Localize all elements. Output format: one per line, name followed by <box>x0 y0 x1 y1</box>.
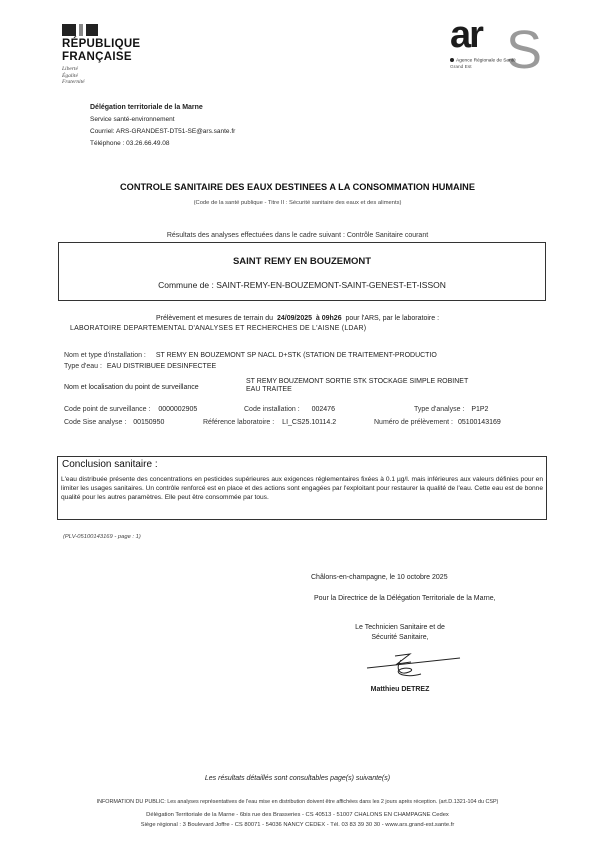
ars-logo-s: S <box>506 19 542 81</box>
ars-subtitle: Agence Régionale de Santé <box>450 58 516 63</box>
motto-fraternite: Fraternité <box>62 79 85 86</box>
code-sise-field: Code Sise analyse : 00150950 <box>64 419 164 426</box>
water-type-label: Type d'eau : <box>64 363 102 370</box>
code-installation-label: Code installation : <box>244 406 300 413</box>
sender-block: Délégation territoriale de la Marne Serv… <box>90 102 235 150</box>
sender-email: Courriel: ARS-GRANDEST-DT51-SE@ars.sante… <box>90 126 235 138</box>
document-subtitle: (Code de la santé publique - Titre II : … <box>0 200 595 206</box>
sample-number-value: 05100143169 <box>458 419 501 426</box>
ars-dot-icon <box>450 58 454 62</box>
sampling-suffix: pour l'ARS, par le laboratoire : <box>345 315 439 322</box>
headquarters-address: Siège régional : 3 Boulevard Joffre - CS… <box>0 822 595 828</box>
code-installation-field: Code installation : 002476 <box>244 406 335 413</box>
lab-reference-value: LI_CS25.10114.2 <box>282 419 336 426</box>
ars-logo: ar S Agence Régionale de Santé Grand Est <box>448 20 548 80</box>
surveillance-point-value: ST REMY BOUZEMONT SORTIE STK STOCKAGE SI… <box>246 378 468 394</box>
page-reference: (PLV-05100143169 - page : 1) <box>63 534 141 540</box>
conclusion-title: Conclusion sanitaire : <box>62 459 158 470</box>
station-name: SAINT REMY EN BOUZEMONT <box>59 256 545 267</box>
lab-reference-field: Référence laboratoire : LI_CS25.10114.2 <box>203 419 336 426</box>
signer-role-line2: Sécurité Sanitaire, <box>330 633 470 643</box>
ars-subtitle-text: Agence Régionale de Santé <box>456 58 516 63</box>
signer-role-line1: Le Technicien Sanitaire et de <box>330 623 470 633</box>
sender-organization: Délégation territoriale de la Marne <box>90 102 235 114</box>
republique-francaise-logo: RÉPUBLIQUE FRANÇAISE <box>62 38 140 63</box>
analysis-context: Résultats des analyses effectuées dans l… <box>0 232 595 239</box>
sampling-time: à 09h26 <box>316 315 342 322</box>
public-information-notice: INFORMATION DU PUBLIC: Les analyses repr… <box>0 799 595 805</box>
republic-motto: Liberté Égalité Fraternité <box>62 66 85 86</box>
water-type-value: EAU DISTRIBUEE DESINFECTEE <box>107 363 216 370</box>
surveillance-point-line2: EAU TRAITEE <box>246 386 468 394</box>
on-behalf-of: Pour la Directrice de la Délégation Terr… <box>314 594 544 603</box>
conclusion-text: L'eau distribuée présente des concentrat… <box>61 475 543 502</box>
ars-logo-ar: ar <box>450 14 482 57</box>
code-sise-label: Code Sise analyse : <box>64 419 126 426</box>
commune-box: SAINT REMY EN BOUZEMONT Commune de : SAI… <box>58 242 546 301</box>
detailed-results-note: Les résultats détaillés sont consultable… <box>0 775 595 782</box>
installation-row: Nom et type d'installation : ST REMY EN … <box>64 352 437 359</box>
installation-label: Nom et type d'installation : <box>64 352 146 359</box>
laboratory-name: LABORATOIRE DEPARTEMENTAL D'ANALYSES ET … <box>70 325 366 332</box>
conclusion-box: Conclusion sanitaire : L'eau distribuée … <box>57 456 547 520</box>
analysis-type-value: P1P2 <box>471 406 488 413</box>
surveillance-point-label: Nom et localisation du point de surveill… <box>64 384 199 391</box>
commune-name: Commune de : SAINT-REMY-EN-BOUZEMONT-SAI… <box>59 280 545 290</box>
sample-number-field: Numéro de prélèvement : 05100143169 <box>374 419 501 426</box>
sample-number-label: Numéro de prélèvement : <box>374 419 453 426</box>
code-sise-value: 00150950 <box>133 419 164 426</box>
sampling-prefix: Prélèvement et mesures de terrain du <box>156 315 273 322</box>
surveillance-point-line1: ST REMY BOUZEMONT SORTIE STK STOCKAGE SI… <box>246 378 468 386</box>
delegation-address: Délégation Territoriale de la Marne - 6b… <box>0 812 595 818</box>
analysis-type-field: Type d'analyse : P1P2 <box>414 406 488 413</box>
handwritten-signature-icon <box>365 650 465 680</box>
code-point-value: 0000002905 <box>158 406 197 413</box>
signer-role: Le Technicien Sanitaire et de Sécurité S… <box>330 623 470 643</box>
code-point-field: Code point de surveillance : 0000002905 <box>64 406 197 413</box>
sender-phone: Téléphone : 03.26.66.49.08 <box>90 138 235 150</box>
signer-name: Matthieu DETREZ <box>330 686 470 693</box>
logo-title-line2: FRANÇAISE <box>62 51 140 64</box>
sender-service: Service santé-environnement <box>90 114 235 126</box>
ars-region: Grand Est <box>450 65 472 70</box>
marianne-logo-icon <box>62 24 98 36</box>
code-installation-value: 002476 <box>312 406 335 413</box>
analysis-type-label: Type d'analyse : <box>414 406 464 413</box>
document-title: CONTROLE SANITAIRE DES EAUX DESTINEES A … <box>0 182 595 192</box>
place-and-date: Châlons-en-champagne, le 10 octobre 2025 <box>311 574 448 581</box>
code-point-label: Code point de surveillance : <box>64 406 150 413</box>
logo-title-line1: RÉPUBLIQUE <box>62 38 140 51</box>
lab-reference-label: Référence laboratoire : <box>203 419 274 426</box>
installation-value: ST REMY EN BOUZEMONT SP NACL D+STK (STAT… <box>156 352 437 359</box>
sampling-date: 24/09/2025 <box>277 315 312 322</box>
sampling-info: Prélèvement et mesures de terrain du 24/… <box>0 313 595 325</box>
water-type-row: Type d'eau : EAU DISTRIBUEE DESINFECTEE <box>64 363 216 370</box>
